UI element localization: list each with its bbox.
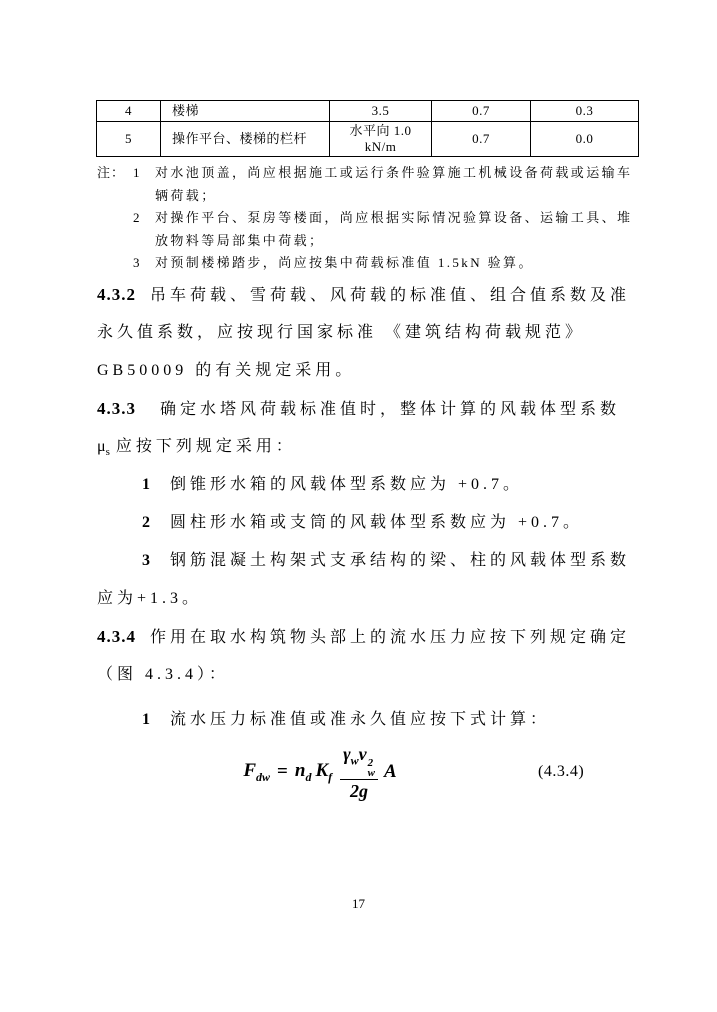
line-text: 流水压力标准值或准永久值应按下式计算： [170, 711, 550, 728]
line-text: 钢筋混凝土构架式支承结构的梁、柱的风载体型系数 [170, 552, 630, 569]
formula-nd: nd [295, 760, 312, 785]
line-text: 确定水塔风荷载标准值时，整体计算的风载体型系数 [160, 401, 620, 418]
line-text: 倒锥形水箱的风载体型系数应为 +0.7。 [170, 476, 523, 493]
clause-number: 4.3.2 [97, 285, 136, 304]
line-text: 应按下列规定采用： [116, 438, 296, 455]
fraction-numerator: γwv2w [340, 744, 378, 780]
text-line: GB50009 的有关规定采用。 [97, 352, 645, 390]
formula-fraction: γwv2w 2g [340, 744, 378, 801]
table-cell-combination_coeff: 0.7 [432, 122, 531, 157]
line-text: 永久值系数，应按现行国家标准 《建筑结构荷载规范》 [97, 324, 585, 341]
clause-line-4.3.3: 4.3.3确定水塔风荷载标准值时，整体计算的风载体型系数 [97, 390, 645, 428]
clause-number: 4.3.3 [97, 399, 136, 418]
item-number: 3 [142, 552, 150, 569]
clause-number: 4.3.4 [97, 627, 136, 646]
table-cell-value: 3.5 [330, 101, 432, 122]
mu-symbol: μ [97, 438, 106, 455]
table-cell-combination_coeff: 0.7 [432, 101, 531, 122]
table-cell-no: 5 [97, 122, 161, 157]
formula-4-3-4: Fdw = nd Kf γwv2w 2g A [97, 740, 543, 804]
table-cell-no: 4 [97, 101, 161, 122]
table-cell-name: 操作平台、楼梯的栏杆 [161, 122, 330, 157]
formula-area-term: A [384, 761, 397, 783]
table-notes: 注： 1对水池顶盖，尚应根据施工或运行条件验算施工机械设备荷载或运输车辆荷载；2… [97, 162, 642, 275]
note-text: 对操作平台、泵房等楼面，尚应根据实际情况验算设备、运输工具、堆放物料等局部集中荷… [155, 210, 632, 248]
table-cell-quasi_permanent_coeff: 0.0 [531, 122, 639, 157]
line-text: 吊车荷载、雪荷载、风荷载的标准值、组合值系数及准 [150, 287, 630, 304]
notes-list: 1对水池顶盖，尚应根据施工或运行条件验算施工机械设备荷载或运输车辆荷载；2对操作… [97, 162, 642, 275]
clause-line-4.3.2: 4.3.2吊车荷载、雪荷载、风荷载的标准值、组合值系数及准 [97, 276, 645, 314]
line-text: GB50009 的有关规定采用。 [97, 362, 355, 379]
document-page: 4楼梯3.50.70.35操作平台、楼梯的栏杆水平向 1.0 kN/m0.70.… [0, 0, 717, 1012]
table-cell-name: 楼梯 [161, 101, 330, 122]
formula-row: Fdw = nd Kf γwv2w 2g A (4.3.4) [97, 740, 638, 804]
note-item: 1对水池顶盖，尚应根据施工或运行条件验算施工机械设备荷载或运输车辆荷载； [97, 162, 642, 207]
text-line: 永久值系数，应按现行国家标准 《建筑结构荷载规范》 [97, 314, 645, 352]
mu-subscript: s [106, 446, 110, 458]
fraction-denominator: 2g [350, 780, 368, 801]
table-cell-value: 水平向 1.0 kN/m [330, 122, 432, 157]
table-row: 5操作平台、楼梯的栏杆水平向 1.0 kN/m0.70.0 [97, 122, 639, 157]
text-line: 1倒锥形水箱的风载体型系数应为 +0.7。 [97, 466, 645, 504]
text-line: （图 4.3.4）： [97, 656, 645, 694]
note-text: 对水池顶盖，尚应根据施工或运行条件验算施工机械设备荷载或运输车辆荷载； [155, 165, 632, 203]
note-item: 2对操作平台、泵房等楼面，尚应根据实际情况验算设备、运输工具、堆放物料等局部集中… [97, 207, 642, 252]
note-text: 对预制楼梯踏步，尚应按集中荷载标准值 1.5kN 验算。 [155, 255, 534, 270]
table-row: 4楼梯3.50.70.3 [97, 101, 639, 122]
clause-line-4.3.4: 4.3.4作用在取水构筑物头部上的流水压力应按下列规定确定 [97, 618, 645, 656]
table-cell-quasi_permanent_coeff: 0.3 [531, 101, 639, 122]
equals-sign: = [277, 761, 288, 783]
body-text: 4.3.2吊车荷载、雪荷载、风荷载的标准值、组合值系数及准永久值系数，应按现行国… [97, 276, 645, 739]
line-text: 应为+1.3。 [97, 590, 202, 607]
formula-kf: Kf [315, 760, 332, 785]
text-line: 3钢筋混凝土构架式支承结构的梁、柱的风载体型系数 [97, 542, 645, 580]
line-text: 圆柱形水箱或支筒的风载体型系数应为 +0.7。 [170, 514, 583, 531]
sup-sub-stack: 2w [368, 758, 375, 778]
page-number: 17 [0, 896, 717, 912]
equation-number: (4.3.4) [538, 740, 584, 804]
line-text: （图 4.3.4）： [97, 666, 229, 683]
text-line: μs应按下列规定采用： [97, 428, 645, 466]
note-number: 2 [133, 207, 140, 230]
note-number: 1 [133, 162, 140, 185]
text-line: 应为+1.3。 [97, 580, 645, 618]
item-number: 2 [142, 514, 150, 531]
text-line: 1流水压力标准值或准永久值应按下式计算： [97, 701, 645, 739]
item-number: 1 [142, 711, 150, 728]
note-number: 3 [133, 252, 140, 275]
line-text: 作用在取水构筑物头部上的流水压力应按下列规定确定 [150, 629, 630, 646]
text-line: 2圆柱形水箱或支筒的风载体型系数应为 +0.7。 [97, 504, 645, 542]
formula-lhs: Fdw [243, 760, 270, 785]
load-table: 4楼梯3.50.70.35操作平台、楼梯的栏杆水平向 1.0 kN/m0.70.… [96, 100, 639, 157]
note-item: 3对预制楼梯踏步，尚应按集中荷载标准值 1.5kN 验算。 [97, 252, 642, 275]
load-table-body: 4楼梯3.50.70.35操作平台、楼梯的栏杆水平向 1.0 kN/m0.70.… [97, 101, 639, 157]
item-number: 1 [142, 476, 150, 493]
